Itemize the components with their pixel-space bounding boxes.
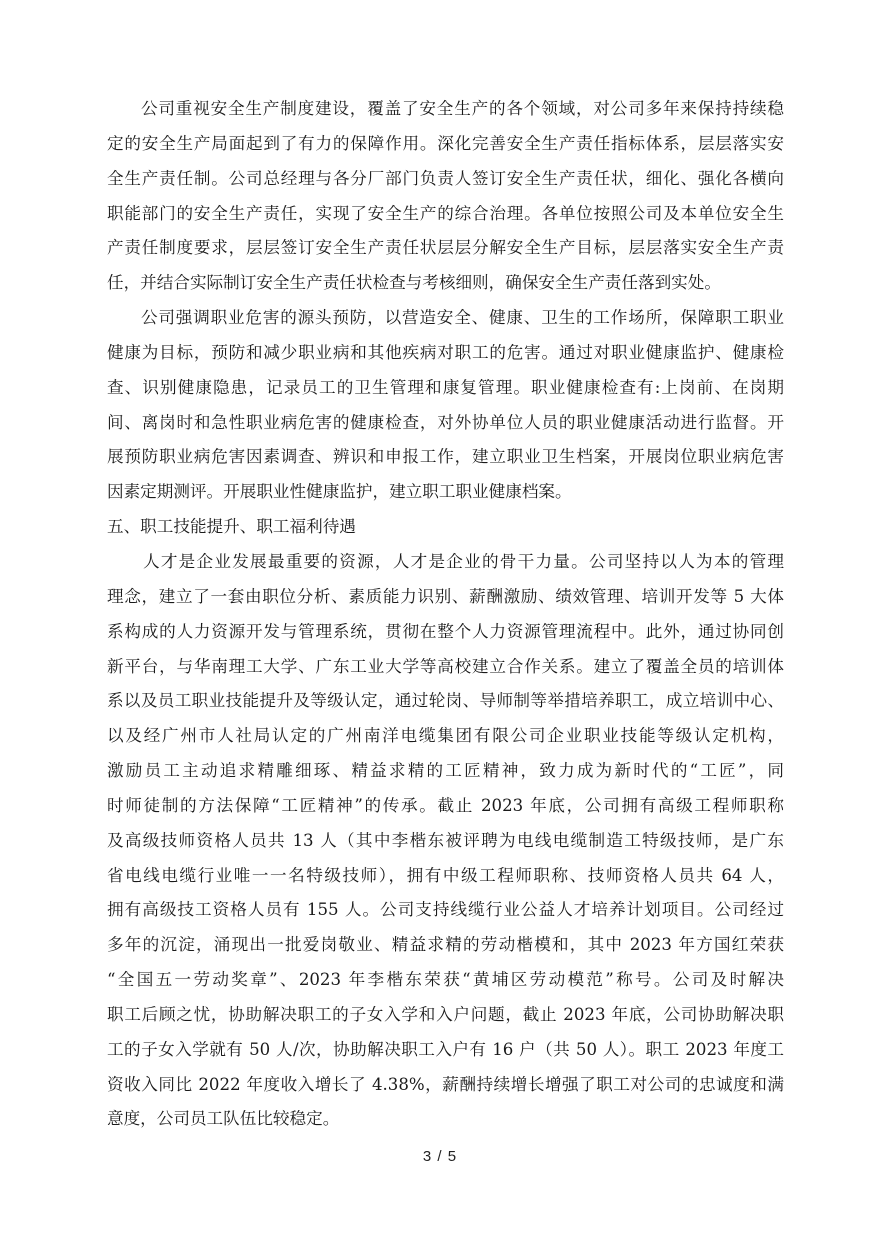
paragraph-talent-development: 人才是企业发展最重要的资源，人才是企业的骨干力量。公司坚持以人为本的管理 理念，… xyxy=(107,545,784,1137)
text-line: 激励员工主动追求精雕细琢、精益求精的工匠精神，致力成为新时代的“工匠”，同 xyxy=(107,754,784,789)
text-line: 公司重视安全生产制度建设，覆盖了安全生产的各个领域，对公司多年来保持持续稳 xyxy=(107,92,784,127)
document-page: 公司重视安全生产制度建设，覆盖了安全生产的各个领域，对公司多年来保持持续稳 定的… xyxy=(0,0,880,1244)
page-number: 3 / 5 xyxy=(0,1148,880,1165)
text-line: 多年的沉淀，涌现出一批爱岗敬业、精益求精的劳动楷模和，其中 2023 年方国红荣… xyxy=(107,928,784,963)
text-line: 人才是企业发展最重要的资源，人才是企业的骨干力量。公司坚持以人为本的管理 xyxy=(107,545,784,580)
text-line: 定的安全生产局面起到了有力的保障作用。深化完善安全生产责任指标体系，层层落实安 xyxy=(107,127,784,162)
text-line: 意度，公司员工队伍比较稳定。 xyxy=(107,1102,784,1137)
text-line: 因素定期测评。开展职业性健康监护，建立职工职业健康档案。 xyxy=(107,475,784,510)
text-line: 系以及员工职业技能提升及等级认定，通过轮岗、导师制等举措培养职工，成立培训中心、 xyxy=(107,684,784,719)
text-line: “全国五一劳动奖章”、2023 年李楷东荣获“黄埔区劳动模范”称号。公司及时解决 xyxy=(107,963,784,998)
text-line: 资收入同比 2022 年度收入增长了 4.38%，薪酬持续增长增强了职工对公司的… xyxy=(107,1068,784,1103)
text-line: 间、离岗时和急性职业病危害的健康检查，对外协单位人员的职业健康活动进行监督。开 xyxy=(107,406,784,441)
text-line: 职能部门的安全生产责任，实现了安全生产的综合治理。各单位按照公司及本单位安全生 xyxy=(107,197,784,232)
text-line: 查、识别健康隐患，记录员工的卫生管理和康复管理。职业健康检查有:上岗前、在岗期 xyxy=(107,371,784,406)
text-line: 拥有高级技工资格人员有 155 人。公司支持线缆行业公益人才培养计划项目。公司经… xyxy=(107,893,784,928)
text-line: 新平台，与华南理工大学、广东工业大学等高校建立合作关系。建立了覆盖全员的培训体 xyxy=(107,650,784,685)
text-line: 工的子女入学就有 50 人/次，协助解决职工入户有 16 户（共 50 人）。职… xyxy=(107,1033,784,1068)
text-line: 任，并结合实际制订安全生产责任状检查与考核细则，确保安全生产责任落到实处。 xyxy=(107,266,784,301)
text-line: 以及经广州市人社局认定的广州南洋电缆集团有限公司企业职业技能等级认定机构， xyxy=(107,719,784,754)
text-line: 省电线电缆行业唯一一名特级技师），拥有中级工程师职称、技师资格人员共 64 人， xyxy=(107,859,784,894)
text-line: 全生产责任制。公司总经理与各分厂部门负责人签订安全生产责任状，细化、强化各横向 xyxy=(107,162,784,197)
paragraph-safety-system: 公司重视安全生产制度建设，覆盖了安全生产的各个领域，对公司多年来保持持续稳 定的… xyxy=(107,92,784,301)
text-line: 理念，建立了一套由职位分析、素质能力识别、薪酬激励、绩效管理、培训开发等 5 大… xyxy=(107,580,784,615)
text-line: 及高级技师资格人员共 13 人（其中李楷东被评聘为电线电缆制造工特级技师，是广东 xyxy=(107,824,784,859)
text-line: 系构成的人力资源开发与管理系统，贯彻在整个人力资源管理流程中。此外，通过协同创 xyxy=(107,615,784,650)
text-line: 时师徒制的方法保障“工匠精神”的传承。截止 2023 年底，公司拥有高级工程师职… xyxy=(107,789,784,824)
text-line: 展预防职业病危害因素调查、辨识和申报工作，建立职业卫生档案，开展岗位职业病危害 xyxy=(107,440,784,475)
text-line: 产责任制度要求，层层签订安全生产责任状层层分解安全生产目标，层层落实安全生产责 xyxy=(107,231,784,266)
document-body: 公司重视安全生产制度建设，覆盖了安全生产的各个领域，对公司多年来保持持续稳 定的… xyxy=(107,92,784,1137)
text-line: 职工后顾之忧，协助解决职工的子女入学和入户问题，截止 2023 年底，公司协助解… xyxy=(107,998,784,1033)
paragraph-occupational-health: 公司强调职业危害的源头预防，以营造安全、健康、卫生的工作场所，保障职工职业 健康… xyxy=(107,301,784,510)
section-heading: 五、职工技能提升、职工福利待遇 xyxy=(107,510,784,545)
text-line: 公司强调职业危害的源头预防，以营造安全、健康、卫生的工作场所，保障职工职业 xyxy=(107,301,784,336)
text-line: 健康为目标，预防和减少职业病和其他疾病对职工的危害。通过对职业健康监护、健康检 xyxy=(107,336,784,371)
